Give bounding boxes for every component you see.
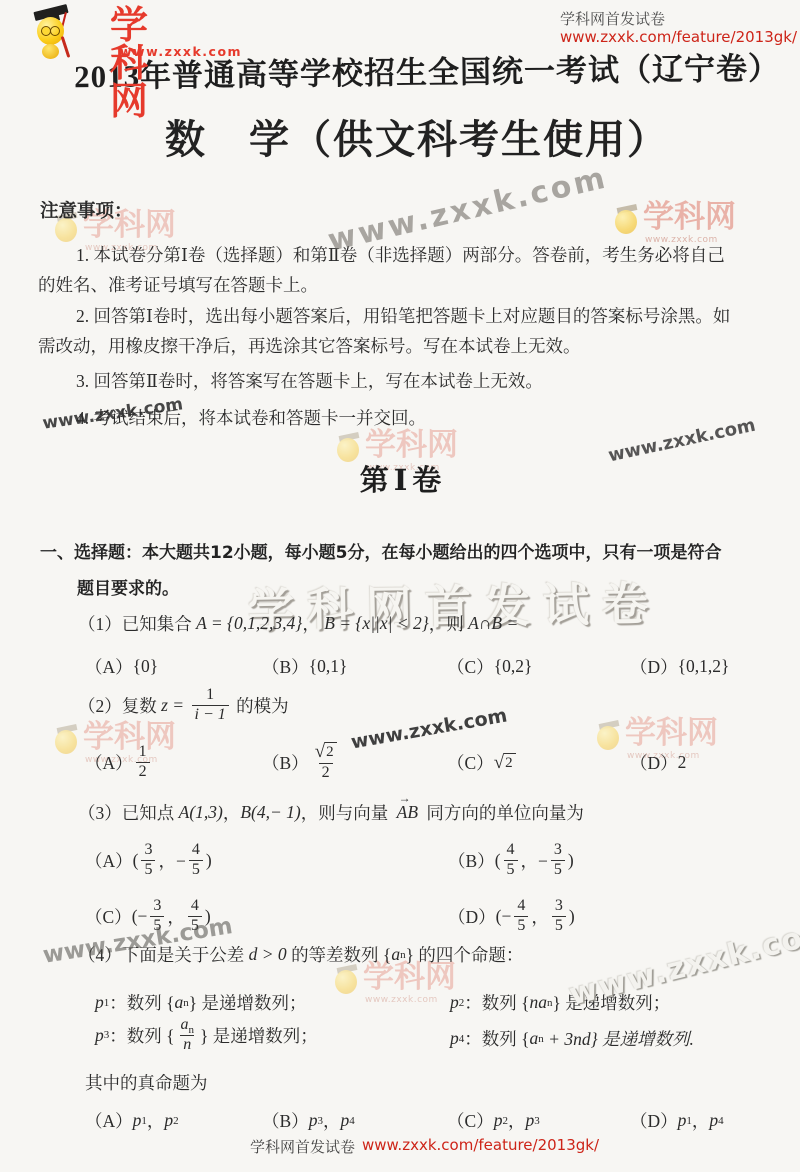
q4-option-d: （D）p1，p4 <box>630 1108 724 1133</box>
question-1-stem: （1）已知集合 A = {0,1,2,3,4}， B = {x||x| < 2}… <box>78 611 518 636</box>
footer-caption: 学科网首发试卷 <box>250 1136 355 1157</box>
section-intro-line2: 题目要求的。 <box>77 574 179 599</box>
section-intro-line1: 一、选择题：本大题共12小题，每小题5分，在每小题给出的四个选项中，只有一项是符… <box>40 538 721 563</box>
q4-option-a: （A）p1，p2 <box>85 1108 179 1133</box>
part1-title: 第Ⅰ卷 <box>360 458 447 499</box>
doc-subtitle: 数 学（供文科考生使用） <box>165 108 669 165</box>
q4-option-b: （B）p3，p4 <box>262 1108 355 1133</box>
q3-option-a: （A）(35，−45) <box>85 832 212 888</box>
q3-option-b: （B）(45，−35) <box>448 832 574 888</box>
watermark-zxxk-url: www.zxxk.com <box>606 415 757 467</box>
q2-option-c: （C）√2 <box>447 738 516 786</box>
footer-link: www.zxxk.com/feature/2013gk/ <box>362 1136 599 1154</box>
brand-name: 学科网 <box>110 6 150 120</box>
q4-tail: 其中的真命题为 <box>85 1070 208 1095</box>
q3-option-d: （D）(−45，35) <box>448 888 575 944</box>
q1-option-a: （A）{0} <box>85 654 158 679</box>
watermark-zxxk-url: www.zxxk.com <box>566 912 800 1012</box>
notice-line: 1. 本试卷分第Ⅰ卷（选择题）和第Ⅱ卷（非选择题）两部分。答卷前，考生务必将自己 <box>76 242 725 267</box>
q1-option-c: （C）{0,2} <box>447 654 532 679</box>
exam-paper-scan: 学科网 www.zxxk.com 学科网首发试卷 www.zxxk.com/fe… <box>0 0 800 1172</box>
q4-statement-p3: p3：数列 {ann} 是递增数列； <box>95 1010 318 1060</box>
q2-option-d: （D）2 <box>630 738 686 786</box>
notice-line: 2. 回答第Ⅰ卷时，选出每小题答案后，用铅笔把答题卡上对应题目的答案标号涂黑。如 <box>76 303 730 328</box>
q2-option-b: （B）√22 <box>262 738 343 786</box>
question-3-stem: （3）已知点 A(1,3)，B(4,− 1)，则与向量 →AB 同方向的单位向量… <box>78 800 584 825</box>
q1-option-b: （B）{0,1} <box>262 654 347 679</box>
header-caption: 学科网首发试卷 <box>560 8 665 29</box>
question-2-stem: （2）复数 z = 1i − 1 的模为 <box>78 680 289 730</box>
q2-option-a: （A）12 <box>85 738 153 786</box>
vector-arrow: → <box>399 791 410 806</box>
notice-line: 需改动，用橡皮擦干净后，再选涂其它答案标号。写在本试卷上无效。 <box>38 333 581 358</box>
q4-option-c: （C）p2，p3 <box>447 1108 540 1133</box>
q1-option-d: （D）{0,1,2} <box>630 654 729 679</box>
notice-line: 的姓名、准考证号填写在答题卡上。 <box>38 272 318 297</box>
notices-heading: 注意事项： <box>40 197 133 223</box>
brand-site-url: www.zxxk.com <box>120 44 242 59</box>
q4-statement-p4: p4：数列 {an + 3nd} 是递增数列. <box>450 1026 694 1051</box>
notice-line: 3. 回答第Ⅱ卷时，将答案写在答题卡上，写在本试卷上无效。 <box>76 368 543 393</box>
mascot-icon <box>33 6 73 64</box>
header-link: www.zxxk.com/feature/2013gk/ <box>560 28 797 46</box>
